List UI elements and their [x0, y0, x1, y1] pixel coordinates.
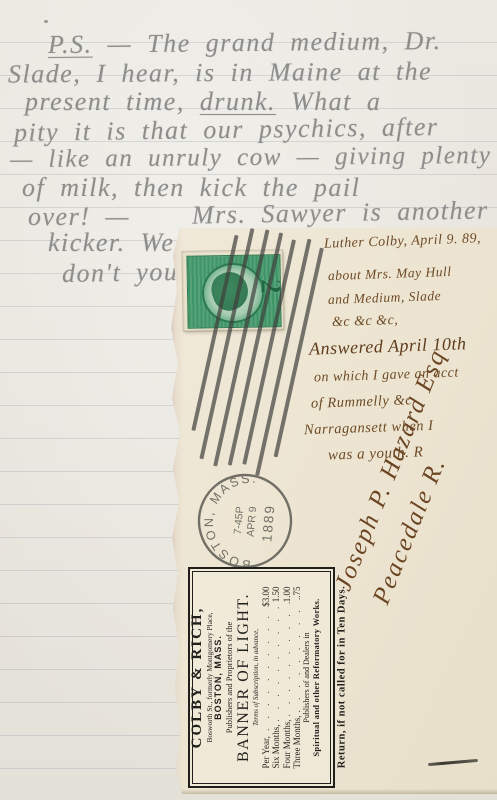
annotation-subject2: and Medium, Slade: [328, 288, 442, 308]
pencil-dash: [428, 759, 478, 766]
letter-line-2: Slade, I hear, is in Maine at the: [8, 57, 432, 90]
annotation-subject1: about Mrs. May Hull: [328, 264, 452, 284]
letter-line-8-text: kicker. We: [48, 228, 174, 257]
torn-edge: [168, 228, 184, 794]
price-value: $3.00: [261, 587, 271, 607]
letter-line-2-text: Slade, I hear, is in Maine at the: [8, 57, 432, 89]
imprint-box: COLBY & RICH, Bosworth St., formerly Mon…: [188, 567, 335, 788]
cancel-bar: [255, 239, 311, 476]
annotation-etc: &c &c &c,: [332, 313, 399, 331]
price-value: 1.00: [282, 587, 292, 603]
paper-speck: [44, 20, 48, 23]
price-value: 1.50: [271, 587, 281, 603]
letter-line-5-text: — like an unruly cow — giving plenty: [10, 142, 492, 173]
imprint-role: Publishers and Proprietors of the: [225, 573, 234, 782]
price-label: Three Months,: [292, 716, 302, 769]
price-label: Four Months,: [282, 719, 292, 768]
postmark-year: 1889: [259, 503, 277, 542]
letter-line-7b: Mrs. Sawyer is another: [192, 195, 489, 230]
price-label: Six Months,: [271, 724, 281, 768]
letter-line-8: kicker. We: [48, 228, 174, 258]
letter-line-5: — like an unruly cow — giving plenty: [10, 142, 492, 174]
postmark-date: APR 9: [245, 506, 260, 537]
dot-leader: . . . . . . . . . .: [261, 607, 271, 736]
letter-sheet: P.S. — The grand medium, Dr. Slade, I he…: [0, 0, 497, 800]
cancel-bar: [228, 232, 283, 465]
envelope: 2 TWO CENTS BOSTON, MASS. 7-45P APR 9 18…: [168, 228, 497, 794]
annotation-sender: Luther Colby, April 9. 89,: [324, 231, 482, 252]
imprint-content: COLBY & RICH, Bosworth St., formerly Mon…: [188, 573, 323, 782]
ps-label: P.S.: [48, 30, 93, 59]
price-value: .75: [292, 587, 302, 598]
price-row: Six Months, . . . . . . . . . . 1.50: [271, 587, 281, 769]
letter-line-3-text: present time,: [25, 87, 200, 116]
dot-leader: . . . . . . . . . .: [292, 598, 302, 716]
price-row: Three Months, . . . . . . . . . . .75: [292, 587, 302, 769]
dot-leader: . . . . . . . . . .: [271, 602, 281, 724]
underlined-word: drunk.: [200, 87, 276, 116]
price-row: Four Months, . . . . . . . . . . 1.00: [282, 587, 292, 769]
letter-line-7b-text: Mrs. Sawyer is another: [192, 195, 489, 229]
letter-line-4-text: pity it is that our psychics, after: [14, 112, 439, 147]
letter-line-7a-text: over! —: [28, 202, 130, 231]
annotation-note2: of Rummelly &c: [311, 392, 413, 413]
price-row: Per Year, . . . . . . . . . . $3.00: [261, 587, 271, 769]
letter-line-9-text: don't you: [62, 257, 179, 288]
letter-line-9: don't you: [62, 257, 179, 289]
imprint-works: Spiritual and other Reformatory Works.: [312, 573, 321, 782]
dot-leader: . . . . . . . . . .: [282, 602, 292, 719]
postmark: BOSTON, MASS. 7-45P APR 9 1889: [191, 467, 299, 575]
price-label: Per Year,: [261, 736, 271, 768]
envelope-bottom-shadow: [168, 789, 497, 794]
postmark-time: 7-45P: [232, 506, 246, 535]
imprint-publisher: COLBY & RICH,: [189, 573, 205, 782]
letter-line-1-text: — The grand medium, Dr.: [92, 26, 441, 59]
imprint-terms: Terms of Subscription, in advance,: [253, 573, 261, 782]
letter-line-3: present time, drunk. What a: [25, 87, 381, 117]
imprint-city: BOSTON, MASS.: [214, 573, 224, 782]
letter-line-1: P.S. — The grand medium, Dr.: [48, 26, 442, 60]
letter-line-3-tail: What a: [276, 87, 381, 116]
imprint-paper-title: BANNER OF LIGHT.: [235, 573, 252, 782]
